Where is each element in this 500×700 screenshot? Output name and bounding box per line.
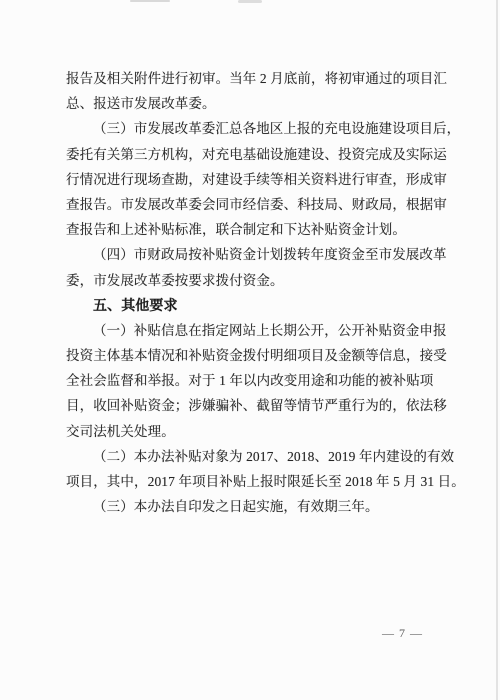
document-body: 报告及相关附件进行初审。当年 2 月底前，将初审通过的项目汇总、报送市发展改革委… [66, 66, 450, 519]
document-text-line: 查报告和上述补贴标准，联合制定和下达补贴资金计划。 [66, 217, 450, 242]
document-text-line: 投资主体基本情况和补贴资金拨付明细项目及金额等信息，接受 [66, 343, 450, 368]
document-text-line: 委托有关第三方机构，对充电基础设施建设、投资完成及实际运 [66, 142, 450, 167]
document-text-line: 交司法机关处理。 [66, 419, 450, 444]
document-text-line: 行情况进行现场查勘，对建设手续等相关资料进行审查，形成审 [66, 167, 450, 192]
document-text-line: 总、报送市发展改革委。 [66, 91, 450, 116]
document-text-line: 委，市发展改革委按要求拨付资金。 [66, 268, 450, 293]
scan-artifact-top-right [238, 0, 262, 3]
document-text-line: 报告及相关附件进行初审。当年 2 月底前，将初审通过的项目汇 [66, 66, 450, 91]
page-number: — 7 — [382, 626, 442, 641]
document-text-line: 查报告。市发展改革委会同市经信委、科技局、财政局，根据审 [66, 192, 450, 217]
document-text-line: （二）本办法补贴对象为 2017、2018、2019 年内建设的有效 [66, 444, 450, 469]
document-text-line: 全社会监督和举报。对于 1 年以内改变用途和功能的被补贴项 [66, 368, 450, 393]
document-page: 报告及相关附件进行初审。当年 2 月底前，将初审通过的项目汇总、报送市发展改革委… [0, 0, 500, 700]
document-text-line: （四）市财政局按补贴资金计划拨转年度资金至市发展改革 [66, 242, 450, 267]
scan-artifact-top-left [130, 0, 170, 2]
scan-edge-line [496, 0, 498, 700]
section-heading: 五、其他要求 [66, 293, 450, 318]
document-text-line: （一）补贴信息在指定网站上长期公开，公开补贴资金申报 [66, 318, 450, 343]
document-text-line: 目，收回补贴资金；涉嫌骗补、截留等情节严重行为的，依法移 [66, 393, 450, 418]
document-text-line: （三）市发展改革委汇总各地区上报的充电设施建设项目后， [66, 116, 450, 141]
document-text-line: 项目，其中，2017 年项目补贴上报时限延长至 2018 年 5 月 31 日。 [66, 469, 450, 494]
document-text-line: （三）本办法自印发之日起实施，有效期三年。 [66, 494, 450, 519]
